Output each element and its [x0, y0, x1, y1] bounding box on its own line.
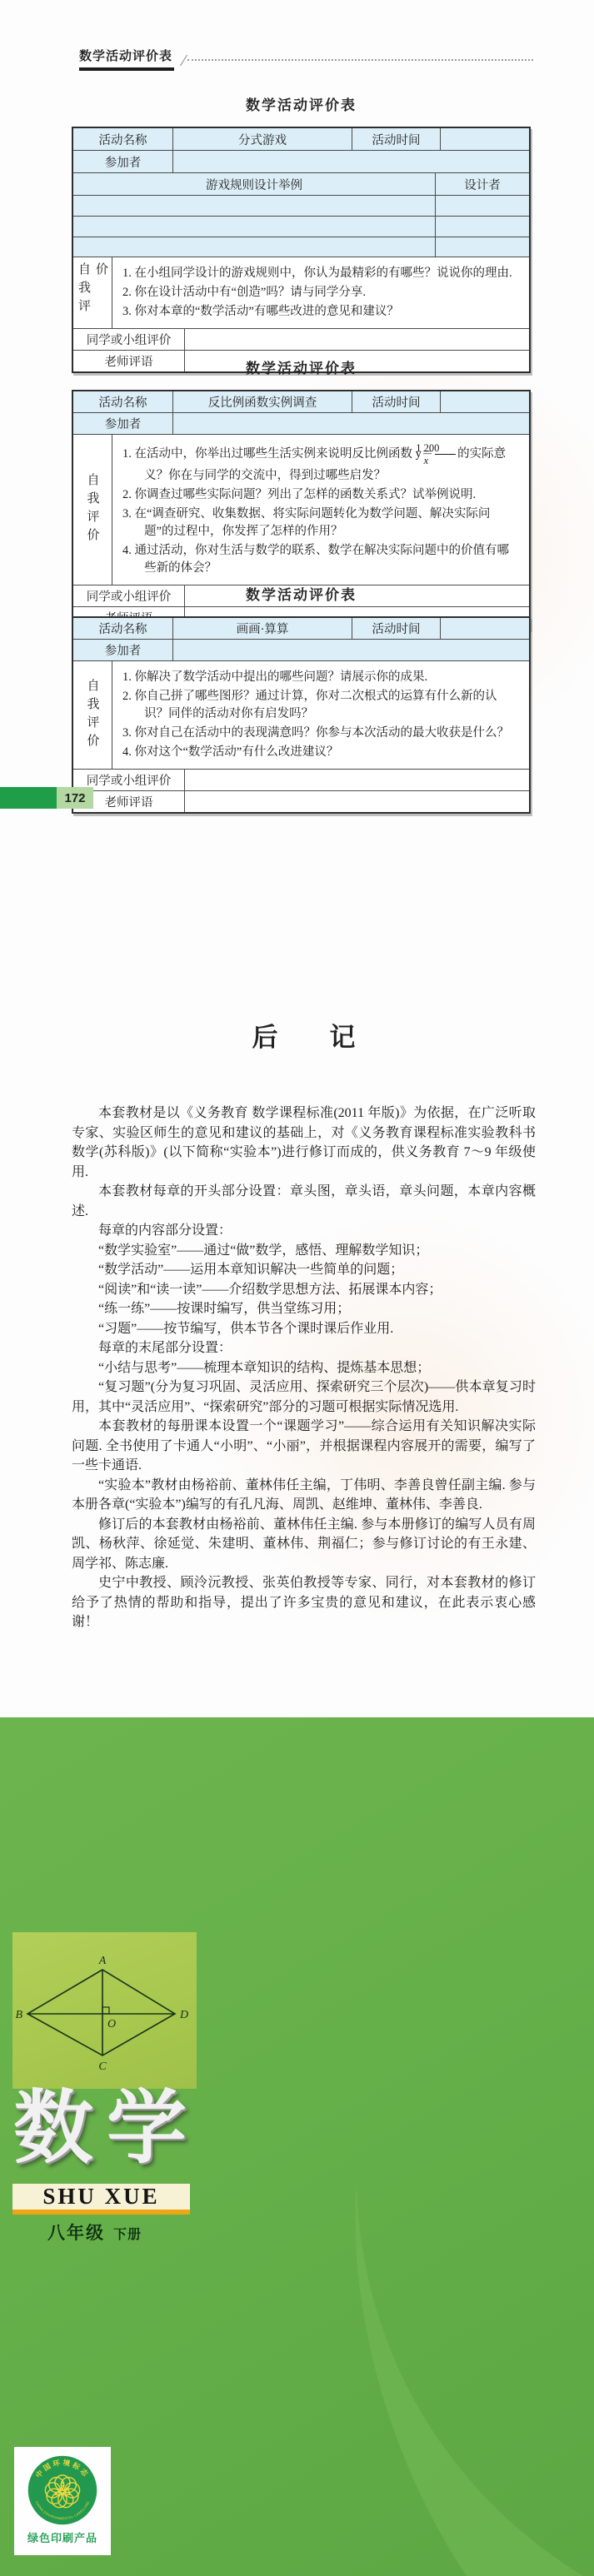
- activity-time-value: [440, 128, 529, 150]
- designer-header: 设计者: [435, 173, 529, 195]
- paragraph: 本套教材每章的开头部分设置：章头图，章头语，章头问题，本章内容概述.: [72, 1182, 536, 1221]
- grade-label: 八年级: [47, 2220, 105, 2245]
- question: 3. 在“调查研究、收集数据、将实际问题转化为数学问题、解决实际问题”的过程中，…: [122, 506, 519, 541]
- evaluation-table-3: 数学活动评价表 活动名称 画画·算算 活动时间 参加者 自我评价 1. 你解决了…: [72, 583, 531, 814]
- green-printing-label: 中国环境标志 CHINA ENVIRONMENTAL LABELLING 绿色印…: [14, 2447, 111, 2555]
- table-row: 参加者: [73, 150, 529, 172]
- table-row: 自我评价 1. 在小组同学设计的游戏规则中，你认为最精彩的有哪些？说说你的理由.…: [73, 257, 529, 328]
- paragraph: 修订后的本套教材由杨裕前、董林伟任主编. 参与本册修订的编写人员有周凯、杨秋萍、…: [72, 1515, 536, 1574]
- vertex-label-d: D: [179, 2009, 188, 2021]
- designer-cell: [435, 196, 529, 216]
- cover-title: 数学: [13, 2087, 200, 2170]
- table-row: 自我评价 1. 你解决了数学活动中提出的哪些问题？请展示你的成果. 2. 你自己…: [73, 660, 529, 769]
- participants-value: [172, 413, 529, 434]
- game-rules-header: 游戏规则设计举例: [73, 173, 435, 195]
- self-eval-label: 自我评价: [73, 257, 112, 328]
- table-row: 参加者: [73, 412, 529, 434]
- game-rule-cell: [73, 237, 435, 257]
- question-with-formula: 1. 在活动中，你举出过哪些生活实例来说明反比例函数 y＝1 200x的实际意义…: [122, 442, 519, 485]
- activity-name-label: 活动名称: [73, 391, 172, 412]
- activity-name-value: 反比例函数实例调查: [172, 391, 352, 412]
- question: 2. 你调查过哪些实际问题？列出了怎样的函数关系式？试举例说明.: [122, 486, 519, 504]
- question: 4. 你对这个“数学活动”有什么改进建议？: [122, 744, 519, 761]
- designer-cell: [435, 217, 529, 237]
- activity-time-label: 活动时间: [352, 618, 440, 639]
- self-eval-questions: 1. 你解决了数学活动中提出的哪些问题？请展示你的成果. 2. 你自己拼了哪些图…: [112, 661, 529, 769]
- self-eval-label: 自我评价: [73, 435, 112, 585]
- participants-label: 参加者: [73, 413, 172, 434]
- game-rule-cell: [73, 217, 435, 237]
- self-eval-label: 自我评价: [73, 661, 112, 769]
- table-row: [73, 237, 529, 257]
- paragraph: 每章的末尾部分设置：: [72, 1338, 536, 1358]
- pinyin-box: SHU XUE: [12, 2184, 190, 2215]
- table-row: 自我评价 1. 在活动中，你举出过哪些生活实例来说明反比例函数 y＝1 200x…: [73, 434, 529, 585]
- evaluation-table-1: 数学活动评价表 活动名称 分式游戏 活动时间 参加者 游戏规则设计举例 设计者: [72, 93, 531, 373]
- table-title: 数学活动评价表: [72, 356, 531, 377]
- table-grid: 活动名称 分式游戏 活动时间 参加者 游戏规则设计举例 设计者 自我评价: [72, 127, 531, 373]
- table-row: 同学或小组评价: [73, 769, 529, 790]
- running-head: 数学活动评价表: [79, 47, 533, 71]
- vertex-label-c: C: [98, 2060, 107, 2073]
- activity-name-value: 画画·算算: [172, 618, 352, 639]
- table-row: [73, 216, 529, 237]
- participants-label: 参加者: [73, 640, 172, 660]
- paragraph: “数学活动”——运用本章知识解决一些简单的问题；: [72, 1260, 536, 1280]
- question: 3. 你对自己在活动中的表现满意吗？你参与本次活动的最大收获是什么？: [122, 725, 519, 742]
- question: 2. 你自己拼了哪些图形？通过计算，你对二次根式的运算有什么新的认识？同伴的活动…: [122, 688, 519, 723]
- paragraph: 史宁中教授、顾泠沅教授、张英伯教授等专家、同行，对本套教材的修订给予了热情的帮助…: [72, 1573, 536, 1632]
- slash-divider-icon: [172, 55, 187, 66]
- participants-value: [172, 640, 529, 660]
- peer-eval-value: [184, 329, 529, 350]
- geometry-figure-panel: A B C D O: [12, 1932, 197, 2089]
- fraction: 1 200x: [435, 442, 456, 467]
- peer-eval-value: [184, 770, 529, 790]
- question: 4. 通过活动，你对生活与数学的联系、数学在解决实际问题中的价值有哪些新的体会？: [122, 542, 519, 577]
- green-printing-caption: 绿色印刷产品: [27, 2529, 97, 2545]
- activity-name-value: 分式游戏: [172, 128, 352, 150]
- book-cover: A B C D O 数学 SHU XUE 八年级 下册 中国环境标志: [0, 1717, 594, 2576]
- paragraph: “小结与思考”——梳理本章知识的结构、提炼基本思想；: [72, 1358, 536, 1378]
- question: 1. 在小组同学设计的游戏规则中，你认为最精彩的有哪些？说说你的理由.: [122, 265, 519, 282]
- paragraph: “实验本”教材由杨裕前、董林伟任主编，丁伟明、李善良曾任副主编. 参与本册各章(…: [72, 1476, 536, 1515]
- table-row: 参加者: [73, 639, 529, 660]
- question: 1. 你解决了数学活动中提出的哪些问题？请展示你的成果.: [122, 669, 519, 686]
- table-row: 同学或小组评价: [73, 328, 529, 350]
- activity-name-label: 活动名称: [73, 128, 172, 150]
- question: 3. 你对本章的“数学活动”有哪些改进的意见和建议？: [122, 303, 519, 321]
- designer-cell: [435, 237, 529, 257]
- paragraph: “复习题”(分为复习巩固、灵活应用、探索研究三个层次)——供本章复习时用，其中“…: [72, 1378, 536, 1417]
- participants-value: [172, 151, 529, 172]
- dotted-rule: [187, 59, 533, 61]
- table-row: 活动名称 画画·算算 活动时间: [73, 618, 529, 639]
- page-number-bar: [0, 787, 57, 809]
- page-number: 172: [57, 787, 93, 809]
- pinyin-title: SHU XUE: [12, 2184, 190, 2210]
- paragraph: “练一练”——按课时编写，供当堂练习用；: [72, 1299, 536, 1319]
- volume-label: 下册: [113, 2224, 142, 2243]
- table-grid: 活动名称 画画·算算 活动时间 参加者 自我评价 1. 你解决了数学活动中提出的…: [72, 616, 531, 814]
- fraction-numerator: 1 200: [435, 442, 456, 455]
- activity-time-value: [440, 391, 529, 412]
- game-rule-cell: [73, 196, 435, 216]
- postscript-section: 后 记 本套教材是以《义务教育 数学课程标准(2011 年版)》为依据，在广泛听…: [72, 1020, 536, 1632]
- running-head-title: 数学活动评价表: [79, 47, 174, 71]
- pinyin-underline: [12, 2210, 190, 2215]
- activity-time-label: 活动时间: [352, 128, 440, 150]
- table-row: 活动名称 分式游戏 活动时间: [73, 128, 529, 150]
- center-label-o: O: [107, 2018, 116, 2030]
- paragraph: “习题”——按节编写，供本节各个课时课后作业用.: [72, 1319, 536, 1339]
- participants-label: 参加者: [73, 151, 172, 172]
- question: 2. 你在设计活动中有“创造”吗？请与同学分享.: [122, 284, 519, 301]
- paragraph: 本套教材的每册课本设置一个“课题学习”——综合运用有关知识解决实际问题. 全书使…: [72, 1417, 536, 1476]
- teacher-comment-value: [184, 791, 529, 812]
- table-row: 游戏规则设计举例 设计者: [73, 172, 529, 195]
- postscript-body: 本套教材是以《义务教育 数学课程标准(2011 年版)》为依据，在广泛听取专家、…: [72, 1104, 536, 1632]
- grade-line: 八年级 下册: [47, 2220, 142, 2245]
- paragraph: 每章的内容部分设置：: [72, 1221, 536, 1241]
- textbook-page: { "page": { "header_tab": "数学活动评价表", "pa…: [0, 0, 594, 2576]
- vertex-label-b: B: [15, 2009, 22, 2021]
- activity-time-label: 活动时间: [352, 391, 440, 412]
- rhombus-figure: A B C D O: [12, 1932, 197, 2089]
- postscript-title: 后 记: [72, 1020, 536, 1055]
- activity-time-value: [440, 618, 529, 639]
- peer-eval-label: 同学或小组评价: [73, 329, 184, 350]
- table-row: 活动名称 反比例函数实例调查 活动时间: [73, 391, 529, 412]
- vertex-label-a: A: [98, 1955, 107, 1967]
- paragraph: “数学实验室”——通过“做”数学，感悟、理解数学知识；: [72, 1241, 536, 1261]
- page-number-marker: 172: [0, 787, 93, 809]
- self-eval-questions: 1. 在活动中，你举出过哪些生活实例来说明反比例函数 y＝1 200x的实际意义…: [112, 435, 529, 585]
- table-row: [73, 195, 529, 216]
- self-eval-questions: 1. 在小组同学设计的游戏规则中，你认为最精彩的有哪些？说说你的理由. 2. 你…: [112, 257, 529, 328]
- paragraph: 本套教材是以《义务教育 数学课程标准(2011 年版)》为依据，在广泛听取专家、…: [72, 1104, 536, 1182]
- paragraph: “阅读”和“读一读”——介绍数学思想方法、拓展课本内容；: [72, 1280, 536, 1300]
- activity-name-label: 活动名称: [73, 618, 172, 639]
- table-title: 数学活动评价表: [72, 93, 531, 114]
- table-title: 数学活动评价表: [72, 583, 531, 604]
- table-row: 老师评语: [73, 790, 529, 812]
- china-environmental-labelling-icon: 中国环境标志 CHINA ENVIRONMENTAL LABELLING: [27, 2454, 98, 2526]
